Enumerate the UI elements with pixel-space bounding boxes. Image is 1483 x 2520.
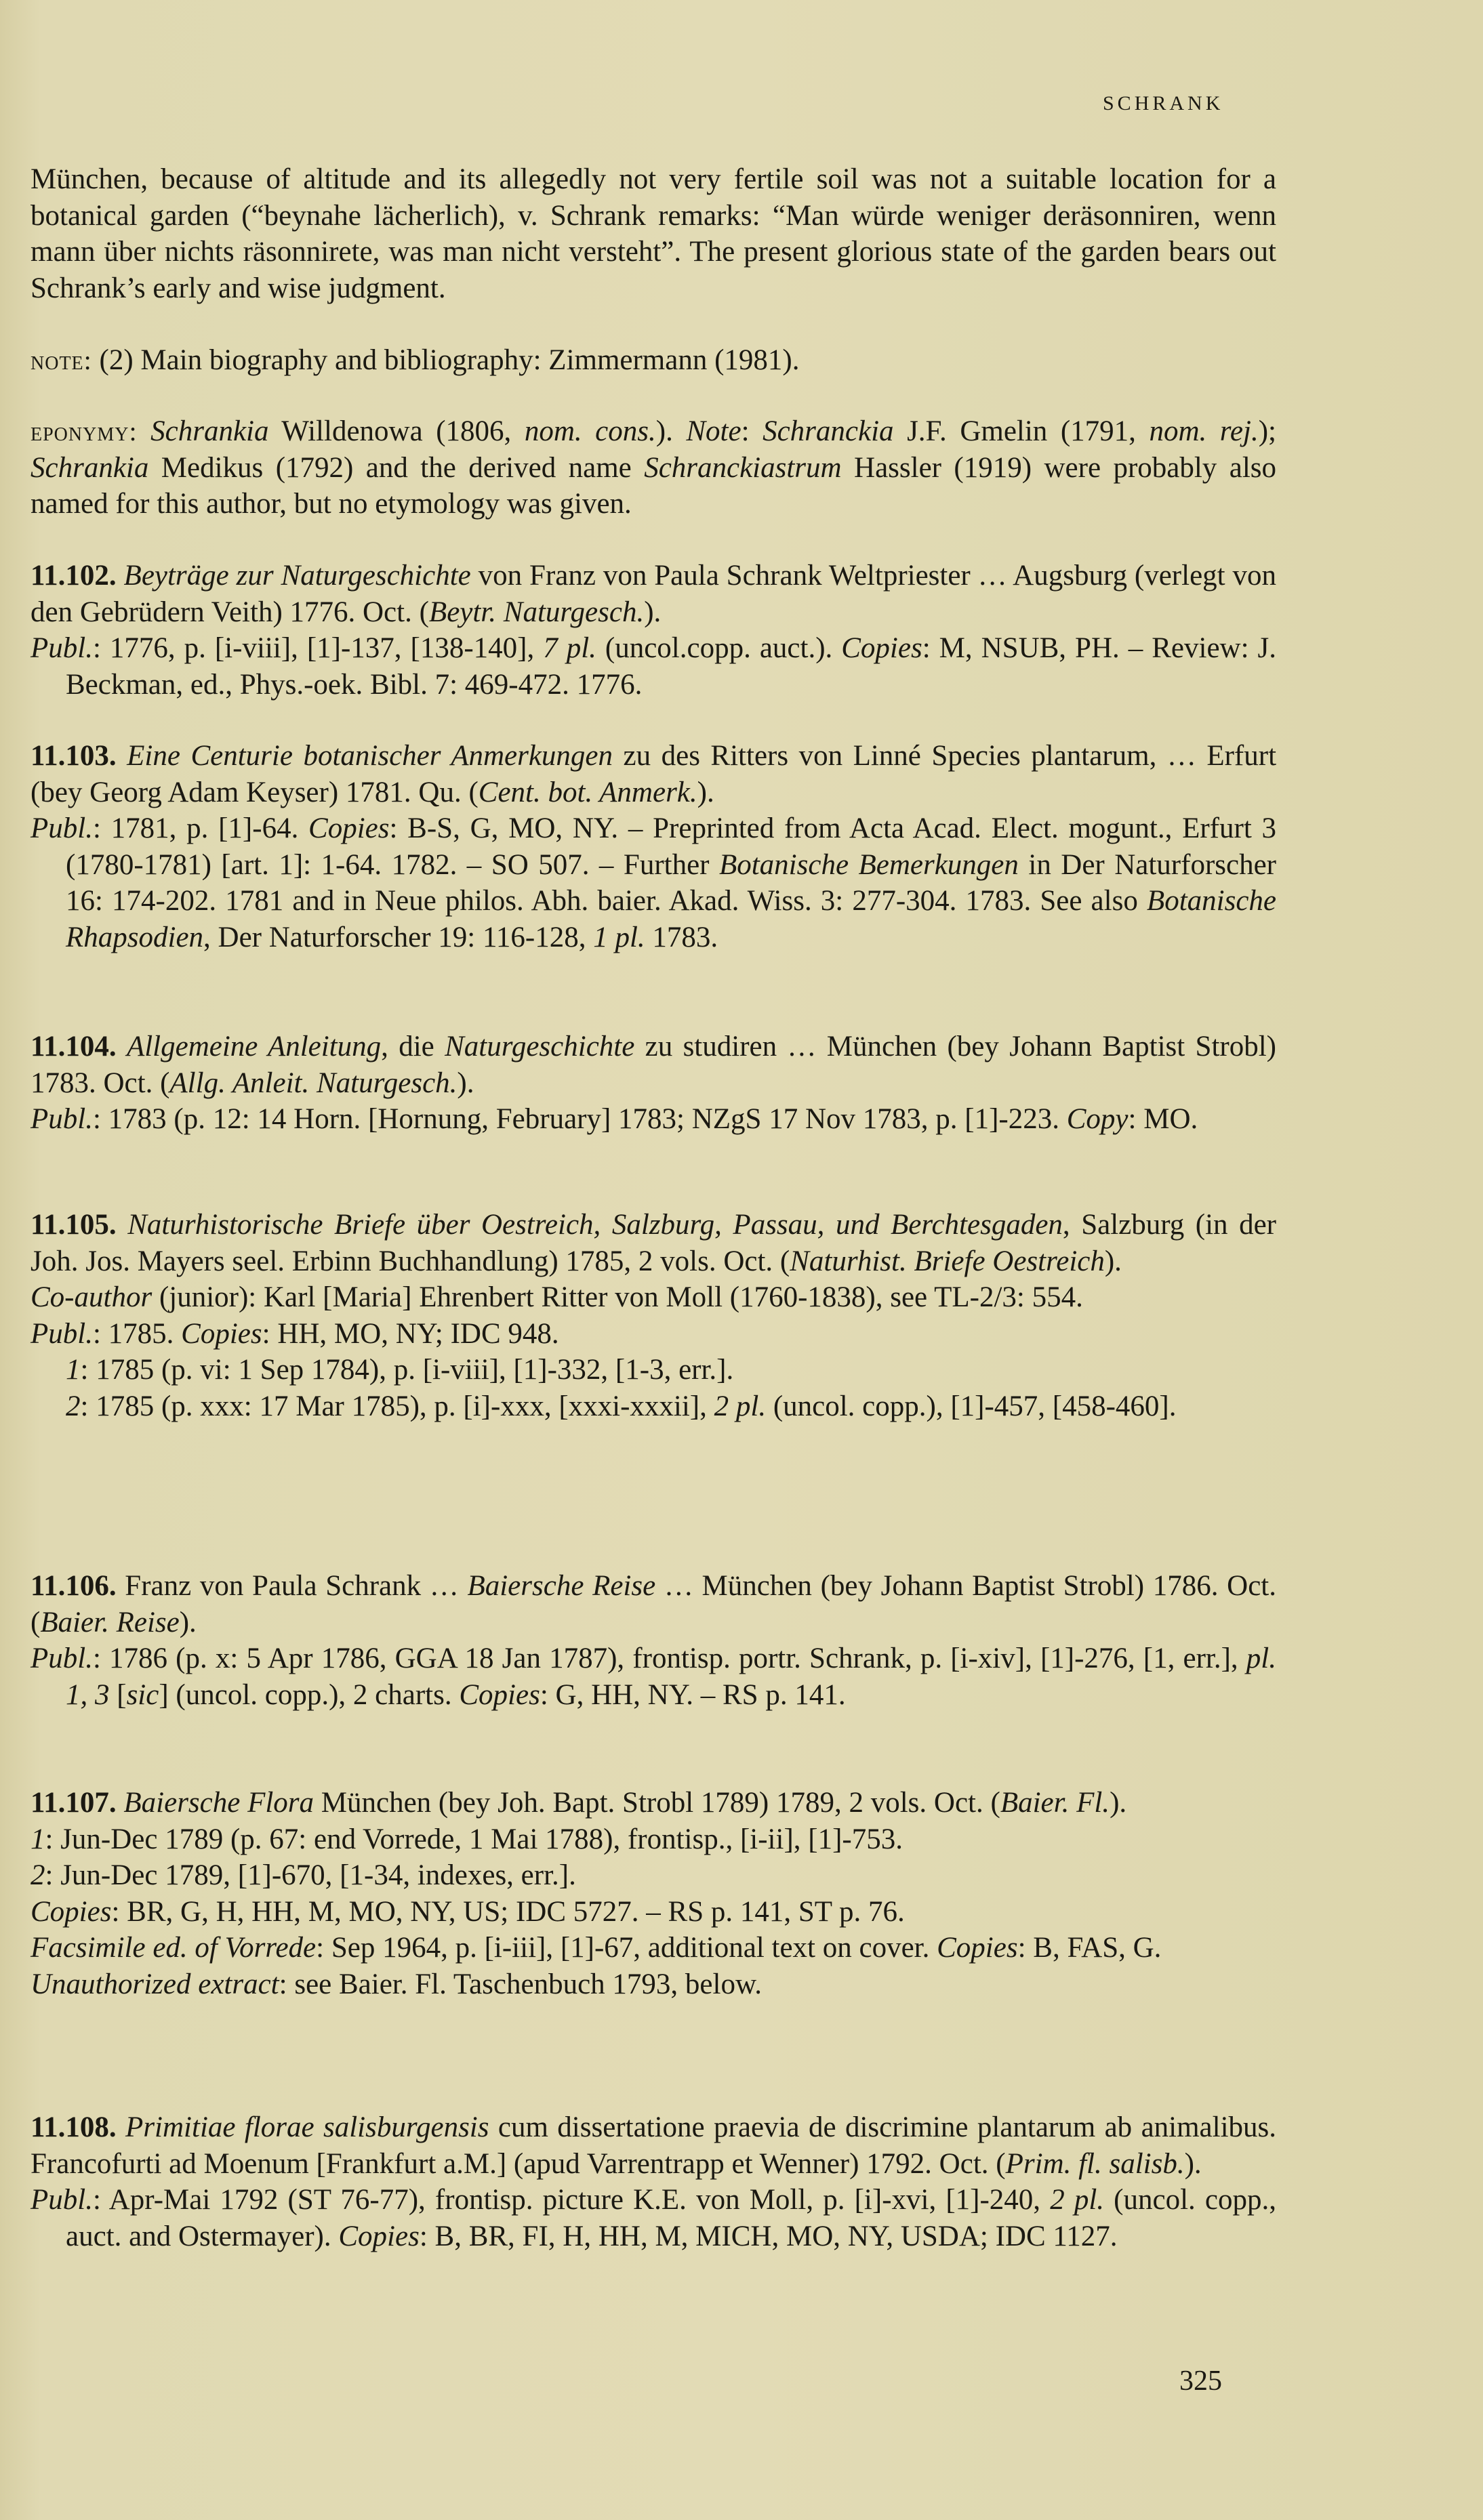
publ-text: : HH, MO, NY; IDC 948. bbox=[262, 1318, 559, 1350]
publ-label: Publ. bbox=[31, 2184, 93, 2216]
eponymy-label: EPONYMY: bbox=[31, 416, 138, 447]
eponymy-text: Willdenowa (1806, bbox=[268, 415, 524, 447]
facsimile-label: Facsimile ed. of Vorrede bbox=[31, 1932, 316, 1964]
entry-11-103: 11.103. Eine Centurie botanischer Anmerk… bbox=[31, 738, 1276, 955]
publ-line: Publ.: 1783 (p. 12: 14 Horn. [Hornung, F… bbox=[31, 1101, 1276, 1138]
publ-text: : MO. bbox=[1129, 1103, 1198, 1135]
publ-text: : B, BR, FI, H, HH, M, MICH, MO, NY, USD… bbox=[420, 2221, 1118, 2252]
note-label: NOTE: bbox=[31, 345, 92, 375]
volume-number: 2 bbox=[31, 1859, 45, 1891]
publ-italic: 2 pl. bbox=[1050, 2184, 1104, 2216]
plates-italic: 2 pl. bbox=[714, 1390, 766, 1422]
intro-paragraph: München, because of altitude and its all… bbox=[31, 161, 1276, 306]
publ-line: Publ.: Apr-Mai 1792 (ST 76-77), frontisp… bbox=[31, 2182, 1276, 2254]
volume-text: (uncol. copp.), [1]-457, [458-460]. bbox=[766, 1390, 1176, 1422]
volume-number: 1 bbox=[66, 1354, 81, 1386]
volume-line: 1: Jun-Dec 1789 (p. 67: end Vorrede, 1 M… bbox=[31, 1821, 1276, 1858]
volume-text: : Jun-Dec 1789 (p. 67: end Vorrede, 1 Ma… bbox=[45, 1823, 903, 1855]
entry-title: Baiersche Reise bbox=[467, 1570, 655, 1602]
copies-label: Copies bbox=[338, 2221, 419, 2252]
publ-label: Publ. bbox=[31, 1643, 93, 1674]
entry-text: Franz von Paula Schrank … bbox=[117, 1570, 468, 1602]
eponymy-text: ). bbox=[656, 415, 687, 447]
eponymy-text: Medikus (1792) and the derived name bbox=[148, 452, 644, 484]
running-head: SCHRANK bbox=[1103, 92, 1279, 115]
extract-line: Unauthorized extract: see Baier. Fl. Tas… bbox=[31, 1966, 1276, 2003]
publ-italic: 7 pl. bbox=[543, 632, 596, 664]
publ-text: ] (uncol. copp.), 2 charts. bbox=[159, 1679, 459, 1711]
publ-label: Publ. bbox=[31, 812, 93, 844]
entry-11-107: 11.107. Baiersche Flora München (bey Joh… bbox=[31, 1785, 1276, 2002]
genus-name: Schrankia bbox=[31, 452, 148, 484]
entry-title: Naturgeschichte bbox=[445, 1031, 634, 1062]
eponymy-paragraph: EPONYMY: Schrankia Willdenowa (1806, nom… bbox=[31, 413, 1276, 522]
publ-text: : Apr-Mai 1792 (ST 76-77), frontisp. pic… bbox=[93, 2184, 1050, 2216]
copies-label: Copies bbox=[937, 1932, 1017, 1964]
publ-line: Publ.: 1781, p. [1]-64. Copies: B-S, G, … bbox=[31, 810, 1276, 955]
entry-number: 11.102. bbox=[31, 560, 117, 592]
entry-abbrev: Beytr. Naturgesch. bbox=[429, 596, 644, 628]
entry-text: ). bbox=[180, 1607, 197, 1638]
entry-text: , die bbox=[381, 1031, 445, 1062]
copies-line: Copies: BR, G, H, HH, M, MO, NY, US; IDC… bbox=[31, 1894, 1276, 1930]
publ-italic: 1 pl. bbox=[593, 922, 645, 953]
entry-number: 11.106. bbox=[31, 1570, 117, 1602]
note-paragraph: NOTE: (2) Main biography and bibliograph… bbox=[31, 342, 1276, 379]
facsimile-line: Facsimile ed. of Vorrede: Sep 1964, p. [… bbox=[31, 1930, 1276, 1966]
entry-abbrev: Prim. fl. salisb. bbox=[1006, 2148, 1185, 2180]
copies-label: Copies bbox=[459, 1679, 540, 1711]
entry-11-106: 11.106. Franz von Paula Schrank … Baiers… bbox=[31, 1568, 1276, 1713]
eponymy-italic: nom. cons. bbox=[525, 415, 656, 447]
entry-number: 11.108. bbox=[31, 2111, 117, 2143]
publ-text: : G, HH, NY. – RS p. 141. bbox=[540, 1679, 846, 1711]
entry-abbrev: Naturhist. Briefe Oestreich bbox=[790, 1245, 1105, 1277]
eponymy-text: ); bbox=[1259, 415, 1276, 447]
entry-abbrev: Cent. bot. Anmerk. bbox=[479, 777, 697, 808]
publ-italic: Botanische Bemerkungen bbox=[719, 849, 1019, 881]
eponymy-italic: nom. rej. bbox=[1149, 415, 1258, 447]
publ-line: Publ.: 1786 (p. x: 5 Apr 1786, GGA 18 Ja… bbox=[31, 1640, 1276, 1713]
copies-text: : BR, G, H, HH, M, MO, NY, US; IDC 5727.… bbox=[111, 1896, 904, 1928]
publ-text: : 1786 (p. x: 5 Apr 1786, GGA 18 Jan 178… bbox=[93, 1643, 1246, 1674]
entry-abbrev: Allg. Anleit. Naturgesch. bbox=[169, 1067, 457, 1099]
coauthor-text: (junior): Karl [Maria] Ehrenbert Ritter … bbox=[152, 1281, 1083, 1313]
publ-label: Publ. bbox=[31, 1103, 93, 1135]
extract-label: Unauthorized extract bbox=[31, 1968, 279, 2000]
volume-line: 2: Jun-Dec 1789, [1]-670, [1-34, indexes… bbox=[31, 1857, 1276, 1894]
entry-text: ). bbox=[644, 596, 661, 628]
entry-11-104: 11.104. Allgemeine Anleitung, die Naturg… bbox=[31, 1029, 1276, 1138]
entry-title: Primitiae florae salisburgensis bbox=[125, 2111, 489, 2143]
entry-title: Naturhistorische Briefe über Oestreich, … bbox=[127, 1209, 1063, 1241]
entry-title: Eine Centurie botanischer Anmerkungen bbox=[127, 740, 613, 772]
publ-label: Publ. bbox=[31, 1318, 93, 1350]
coauthor-line: Co-author (junior): Karl [Maria] Ehrenbe… bbox=[31, 1279, 1276, 1316]
publ-line: Publ.: 1776, p. [i-viii], [1]-137, [138-… bbox=[31, 630, 1276, 703]
eponymy-italic: Note bbox=[686, 415, 741, 447]
publ-text: (uncol.copp. auct.). bbox=[596, 632, 841, 664]
publ-text: : 1783 (p. 12: 14 Horn. [Hornung, Februa… bbox=[93, 1103, 1067, 1135]
entry-number: 11.103. bbox=[31, 740, 117, 772]
publ-text: : 1781, p. [1]-64. bbox=[93, 812, 308, 844]
sic-italic: sic bbox=[127, 1679, 159, 1711]
publ-text: 1783. bbox=[645, 922, 718, 953]
facsimile-text: : Sep 1964, p. [i-iii], [1]-67, addition… bbox=[316, 1932, 937, 1964]
entry-text: ). bbox=[1185, 2148, 1202, 2180]
entry-imprint: München (bey Joh. Bapt. Strobl 1789) 178… bbox=[314, 1787, 1000, 1819]
entry-abbrev: Baier. Fl. bbox=[1000, 1787, 1110, 1819]
publ-text: : 1785. bbox=[93, 1318, 181, 1350]
eponymy-text: J.F. Gmelin (1791, bbox=[894, 415, 1150, 447]
entry-number: 11.107. bbox=[31, 1787, 117, 1819]
volume-line: 1: 1785 (p. vi: 1 Sep 1784), p. [i-viii]… bbox=[31, 1352, 1276, 1388]
entry-11-108: 11.108. Primitiae florae salisburgensis … bbox=[31, 2109, 1276, 2254]
genus-name: Schrankia bbox=[150, 415, 268, 447]
volume-text: : Jun-Dec 1789, [1]-670, [1-34, indexes,… bbox=[45, 1859, 576, 1891]
copies-label: Copies bbox=[308, 812, 389, 844]
copies-label: Copies bbox=[181, 1318, 262, 1350]
entry-11-102: 11.102. Beyträge zur Naturgeschichte von… bbox=[31, 558, 1276, 703]
volume-text: : 1785 (p. vi: 1 Sep 1784), p. [i-viii],… bbox=[81, 1354, 734, 1386]
entry-abbrev: Baier. Reise bbox=[40, 1607, 179, 1638]
copy-label: Copy bbox=[1067, 1103, 1129, 1135]
entry-11-105: 11.105. Naturhistorische Briefe über Oes… bbox=[31, 1207, 1276, 1424]
note-text: (2) Main biography and bibliography: Zim… bbox=[100, 344, 800, 376]
coauthor-label: Co-author bbox=[31, 1281, 152, 1313]
entry-title: Beyträge zur Naturgeschichte bbox=[124, 560, 471, 592]
volume-line: 2: 1785 (p. xxx: 17 Mar 1785), p. [i]-xx… bbox=[31, 1388, 1276, 1425]
page-number: 325 bbox=[1179, 2365, 1222, 2397]
publ-line: Publ.: 1785. Copies: HH, MO, NY; IDC 948… bbox=[31, 1316, 1276, 1352]
entry-title: Baiersche Flora bbox=[123, 1787, 314, 1819]
entry-number: 11.105. bbox=[31, 1209, 117, 1241]
entry-text: ). bbox=[1105, 1245, 1122, 1277]
entry-text: ). bbox=[697, 777, 714, 808]
publ-text: , Der Naturforscher 19: 116-128, bbox=[203, 922, 593, 953]
publ-label: Publ. bbox=[31, 632, 93, 664]
publ-text: : 1776, p. [i-viii], [1]-137, [138-140], bbox=[93, 632, 543, 664]
intro-text: München, because of altitude and its all… bbox=[31, 161, 1276, 306]
entry-title: Allgemeine Anleitung bbox=[127, 1031, 381, 1062]
publ-text: [ bbox=[110, 1679, 127, 1711]
eponymy-text: : bbox=[741, 415, 763, 447]
genus-name: Schranckia bbox=[763, 415, 893, 447]
genus-name: Schranckiastrum bbox=[644, 452, 841, 484]
volume-number: 2 bbox=[66, 1390, 81, 1422]
copies-label: Copies bbox=[31, 1896, 111, 1928]
entry-number: 11.104. bbox=[31, 1031, 117, 1062]
entry-text: ). bbox=[1110, 1787, 1126, 1819]
facsimile-text: : B, FAS, G. bbox=[1018, 1932, 1162, 1964]
volume-text: : 1785 (p. xxx: 17 Mar 1785), p. [i]-xxx… bbox=[81, 1390, 714, 1422]
entry-text: ). bbox=[457, 1067, 474, 1099]
copies-label: Copies bbox=[841, 632, 922, 664]
volume-number: 1 bbox=[31, 1823, 45, 1855]
extract-text: : see Baier. Fl. Taschenbuch 1793, below… bbox=[279, 1968, 762, 2000]
